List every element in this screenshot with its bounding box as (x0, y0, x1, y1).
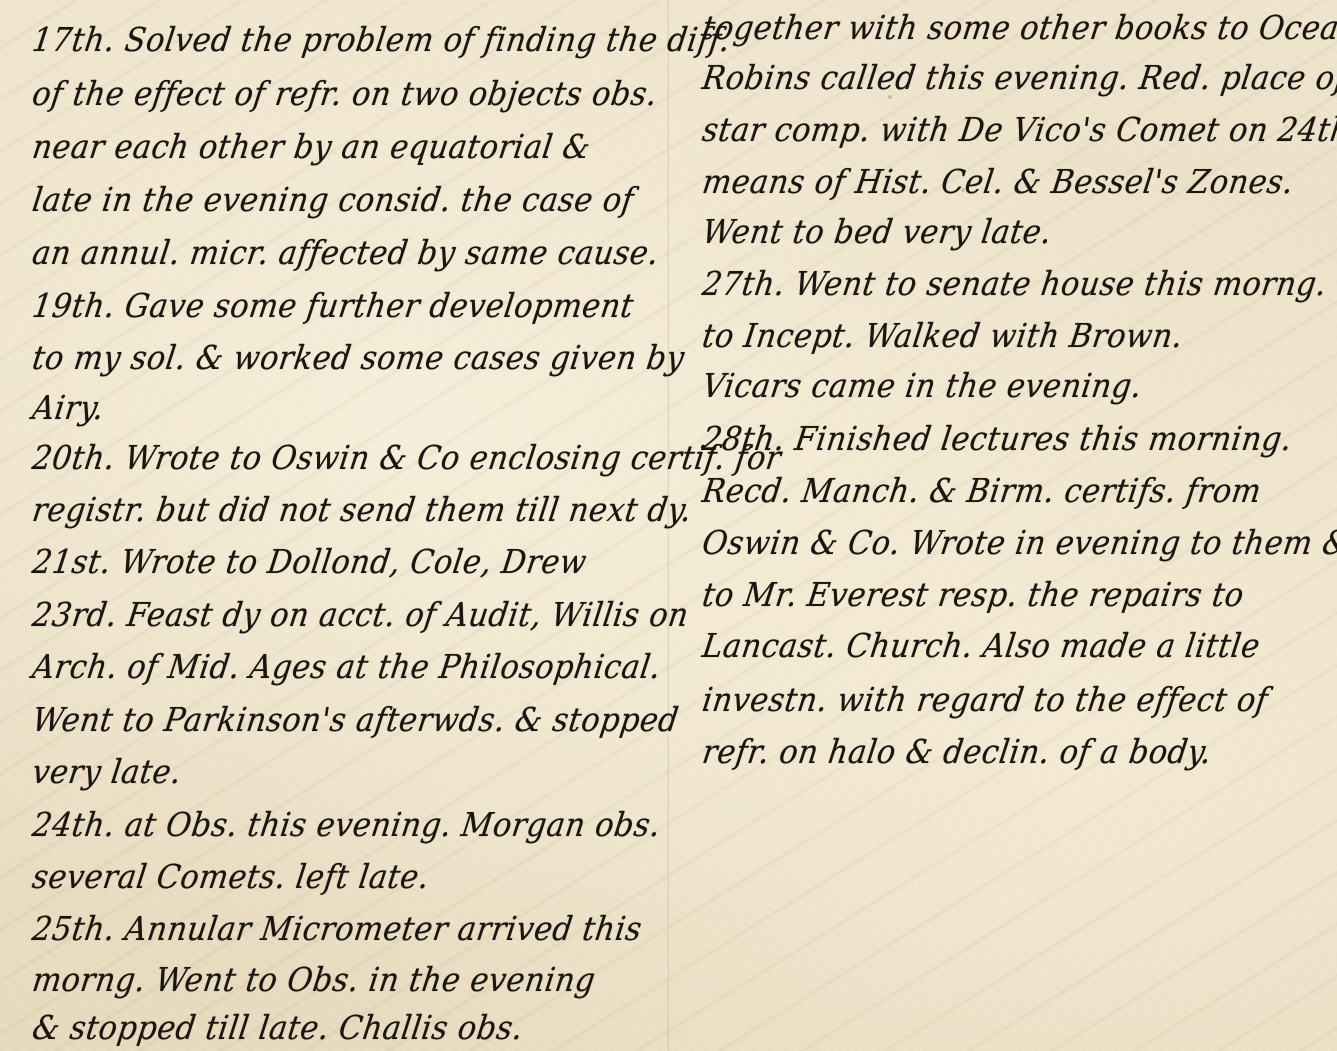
journal-line: Went to Parkinson's afterwds. & stopped (30, 700, 681, 739)
journal-line: Arch. of Mid. Ages at the Philosophical. (30, 647, 663, 686)
journal-line: 28th. Finished lectures this morning. (700, 419, 1295, 458)
journal-line: Oswin & Co. Wrote in evening to them & (700, 523, 1337, 562)
journal-line: late in the evening consid. the case of (30, 180, 636, 219)
journal-line: 25th. Annular Micrometer arrived this (30, 909, 645, 948)
journal-line: Lancast. Church. Also made a little (700, 626, 1263, 665)
journal-line: to Incept. Walked with Brown. (700, 316, 1186, 355)
journal-line: morng. Went to Obs. in the evening (30, 960, 598, 999)
journal-line: Airy. (30, 388, 107, 427)
journal-line: 27th. Went to senate house this morng. (700, 264, 1329, 303)
journal-line: very late. (30, 752, 184, 791)
journal-line: of the effect of refr. on two objects ob… (30, 74, 660, 113)
journal-line: to Mr. Everest resp. the repairs to (700, 575, 1247, 614)
journal-line: refr. on halo & declin. of a body. (700, 732, 1214, 771)
journal-line: several Comets. left late. (30, 857, 432, 896)
journal-line: an annul. micr. affected by same cause. (30, 233, 661, 272)
journal-line: means of Hist. Cel. & Bessel's Zones. (700, 162, 1296, 201)
journal-line: investn. with regard to the effect of (700, 680, 1271, 719)
journal-line: 17th. Solved the problem of finding the … (30, 20, 733, 59)
journal-line: Went to bed very late. (700, 212, 1054, 251)
journal-line: 23rd. Feast dy on acct. of Audit, Willis… (30, 595, 691, 634)
journal-line: Recd. Manch. & Birm. certifs. from (700, 471, 1264, 510)
journal-line: near each other by an equatorial & (30, 127, 593, 166)
journal-line: to my sol. & worked some cases given by (30, 338, 687, 377)
manuscript-page: 17th. Solved the problem of finding the … (0, 0, 1337, 1051)
journal-line: star comp. with De Vico's Comet on 24th.… (700, 110, 1337, 149)
journal-line: Vicars came in the evening. (700, 366, 1145, 405)
journal-line: together with some other books to Ocean. (700, 8, 1337, 47)
journal-line: 20th. Wrote to Oswin & Co enclosing cert… (30, 438, 784, 477)
journal-line: 21st. Wrote to Dollond, Cole, Drew (30, 542, 589, 581)
journal-line: registr. but did not send them till next… (30, 490, 694, 529)
journal-line: Robins called this evening. Red. place o… (700, 58, 1337, 97)
journal-line: & stopped till late. Challis obs. (30, 1008, 526, 1047)
journal-line: 19th. Gave some further development (30, 286, 636, 325)
journal-line: 24th. at Obs. this evening. Morgan obs. (30, 805, 663, 844)
